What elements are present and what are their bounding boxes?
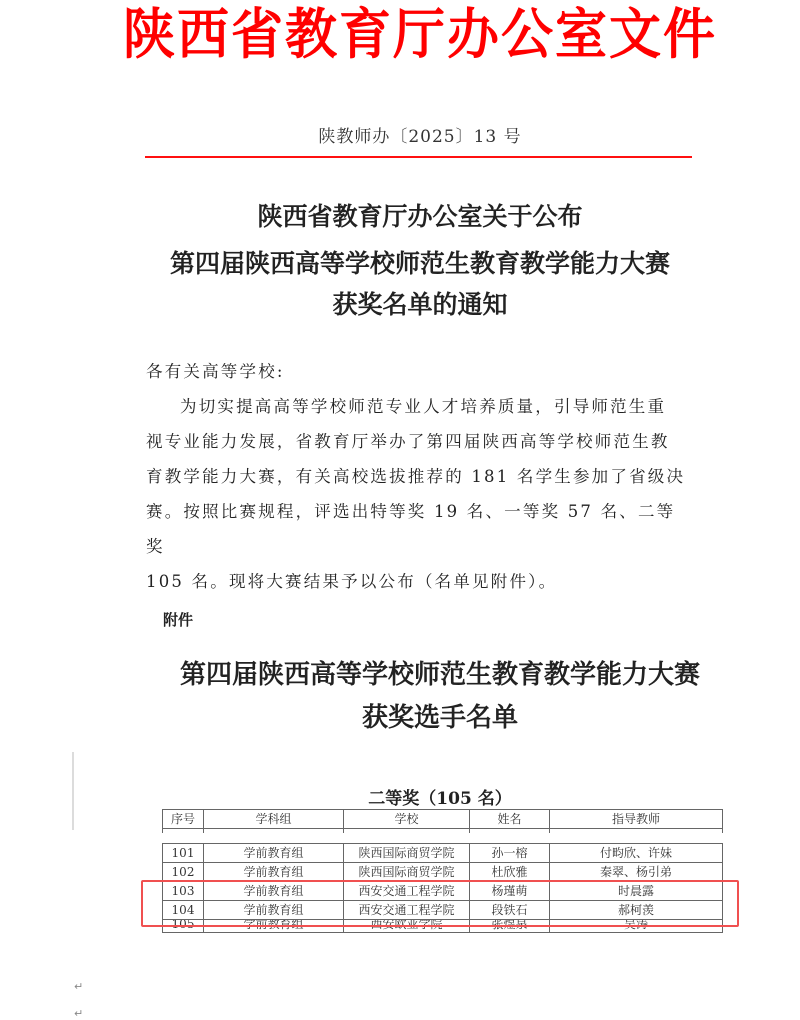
notice-title-line-2: 第四届陕西高等学校师范生教育教学能力大赛 (0, 242, 800, 286)
issuer-title: 陕西省教育厅办公室文件 (0, 0, 800, 69)
body-line: 为切实提高高等学校师范专业人才培养质量，引导师范生重 (146, 389, 694, 424)
column-header-name: 姓名 (470, 810, 550, 829)
attachment-title-line-2: 获奖选手名单 (0, 696, 800, 740)
cell-subject-group: 学前教育组 (204, 844, 344, 863)
cell-subject-group: 学前教育组 (204, 863, 344, 882)
cell-advisor: 付畇欣、许妹 (550, 844, 723, 863)
table-header-row: 序号 学科组 学校 姓名 指导教师 (163, 810, 723, 829)
column-header-subject-group: 学科组 (204, 810, 344, 829)
cell-school: 陕西国际商贸学院 (344, 863, 470, 882)
table-row: 101 学前教育组 陕西国际商贸学院 孙一榕 付畇欣、许妹 (163, 844, 723, 863)
column-header-school: 学校 (344, 810, 470, 829)
notice-body: 各有关高等学校: 为切实提高高等学校师范专业人才培养质量，引导师范生重 视专业能… (146, 354, 694, 599)
cell-school: 陕西国际商贸学院 (344, 844, 470, 863)
paragraph-mark-icon: ↵ (74, 980, 83, 993)
document-number: 陕教师办〔2025〕13 号 (0, 122, 800, 147)
table-row: 102 学前教育组 陕西国际商贸学院 杜欣雅 秦翠、杨引弟 (163, 863, 723, 882)
salutation: 各有关高等学校: (146, 354, 694, 389)
attachment-title-line-1: 第四届陕西高等学校师范生教育教学能力大赛 (0, 653, 800, 697)
highlight-annotation-box (141, 880, 739, 927)
attachment-label: 附件 (163, 609, 193, 630)
cell-advisor: 秦翠、杨引弟 (550, 863, 723, 882)
notice-title-line-3: 获奖名单的通知 (0, 283, 800, 327)
body-line: 育教学能力大赛，有关高校选拔推荐的 181 名学生参加了省级决 (146, 459, 694, 494)
paragraph-mark-icon: ↵ (74, 1007, 83, 1020)
cell-name: 杜欣雅 (470, 863, 550, 882)
column-header-index: 序号 (163, 810, 204, 829)
column-header-advisor: 指导教师 (550, 810, 723, 829)
red-divider (145, 156, 692, 158)
body-line: 赛。按照比赛规程，评选出特等奖 19 名、一等奖 57 名、二等奖 (146, 494, 694, 564)
award-table-header: 序号 学科组 学校 姓名 指导教师 (162, 809, 723, 833)
award-heading: 二等奖（105 名） (0, 784, 800, 809)
body-line: 视专业能力发展，省教育厅举办了第四届陕西高等学校师范生教 (146, 424, 694, 459)
cell-index: 102 (163, 863, 204, 882)
cell-index: 101 (163, 844, 204, 863)
notice-title-line-1: 陕西省教育厅办公室关于公布 (0, 195, 800, 239)
body-line: 105 名。现将大赛结果予以公布（名单见附件）。 (146, 564, 694, 599)
cell-name: 孙一榕 (470, 844, 550, 863)
